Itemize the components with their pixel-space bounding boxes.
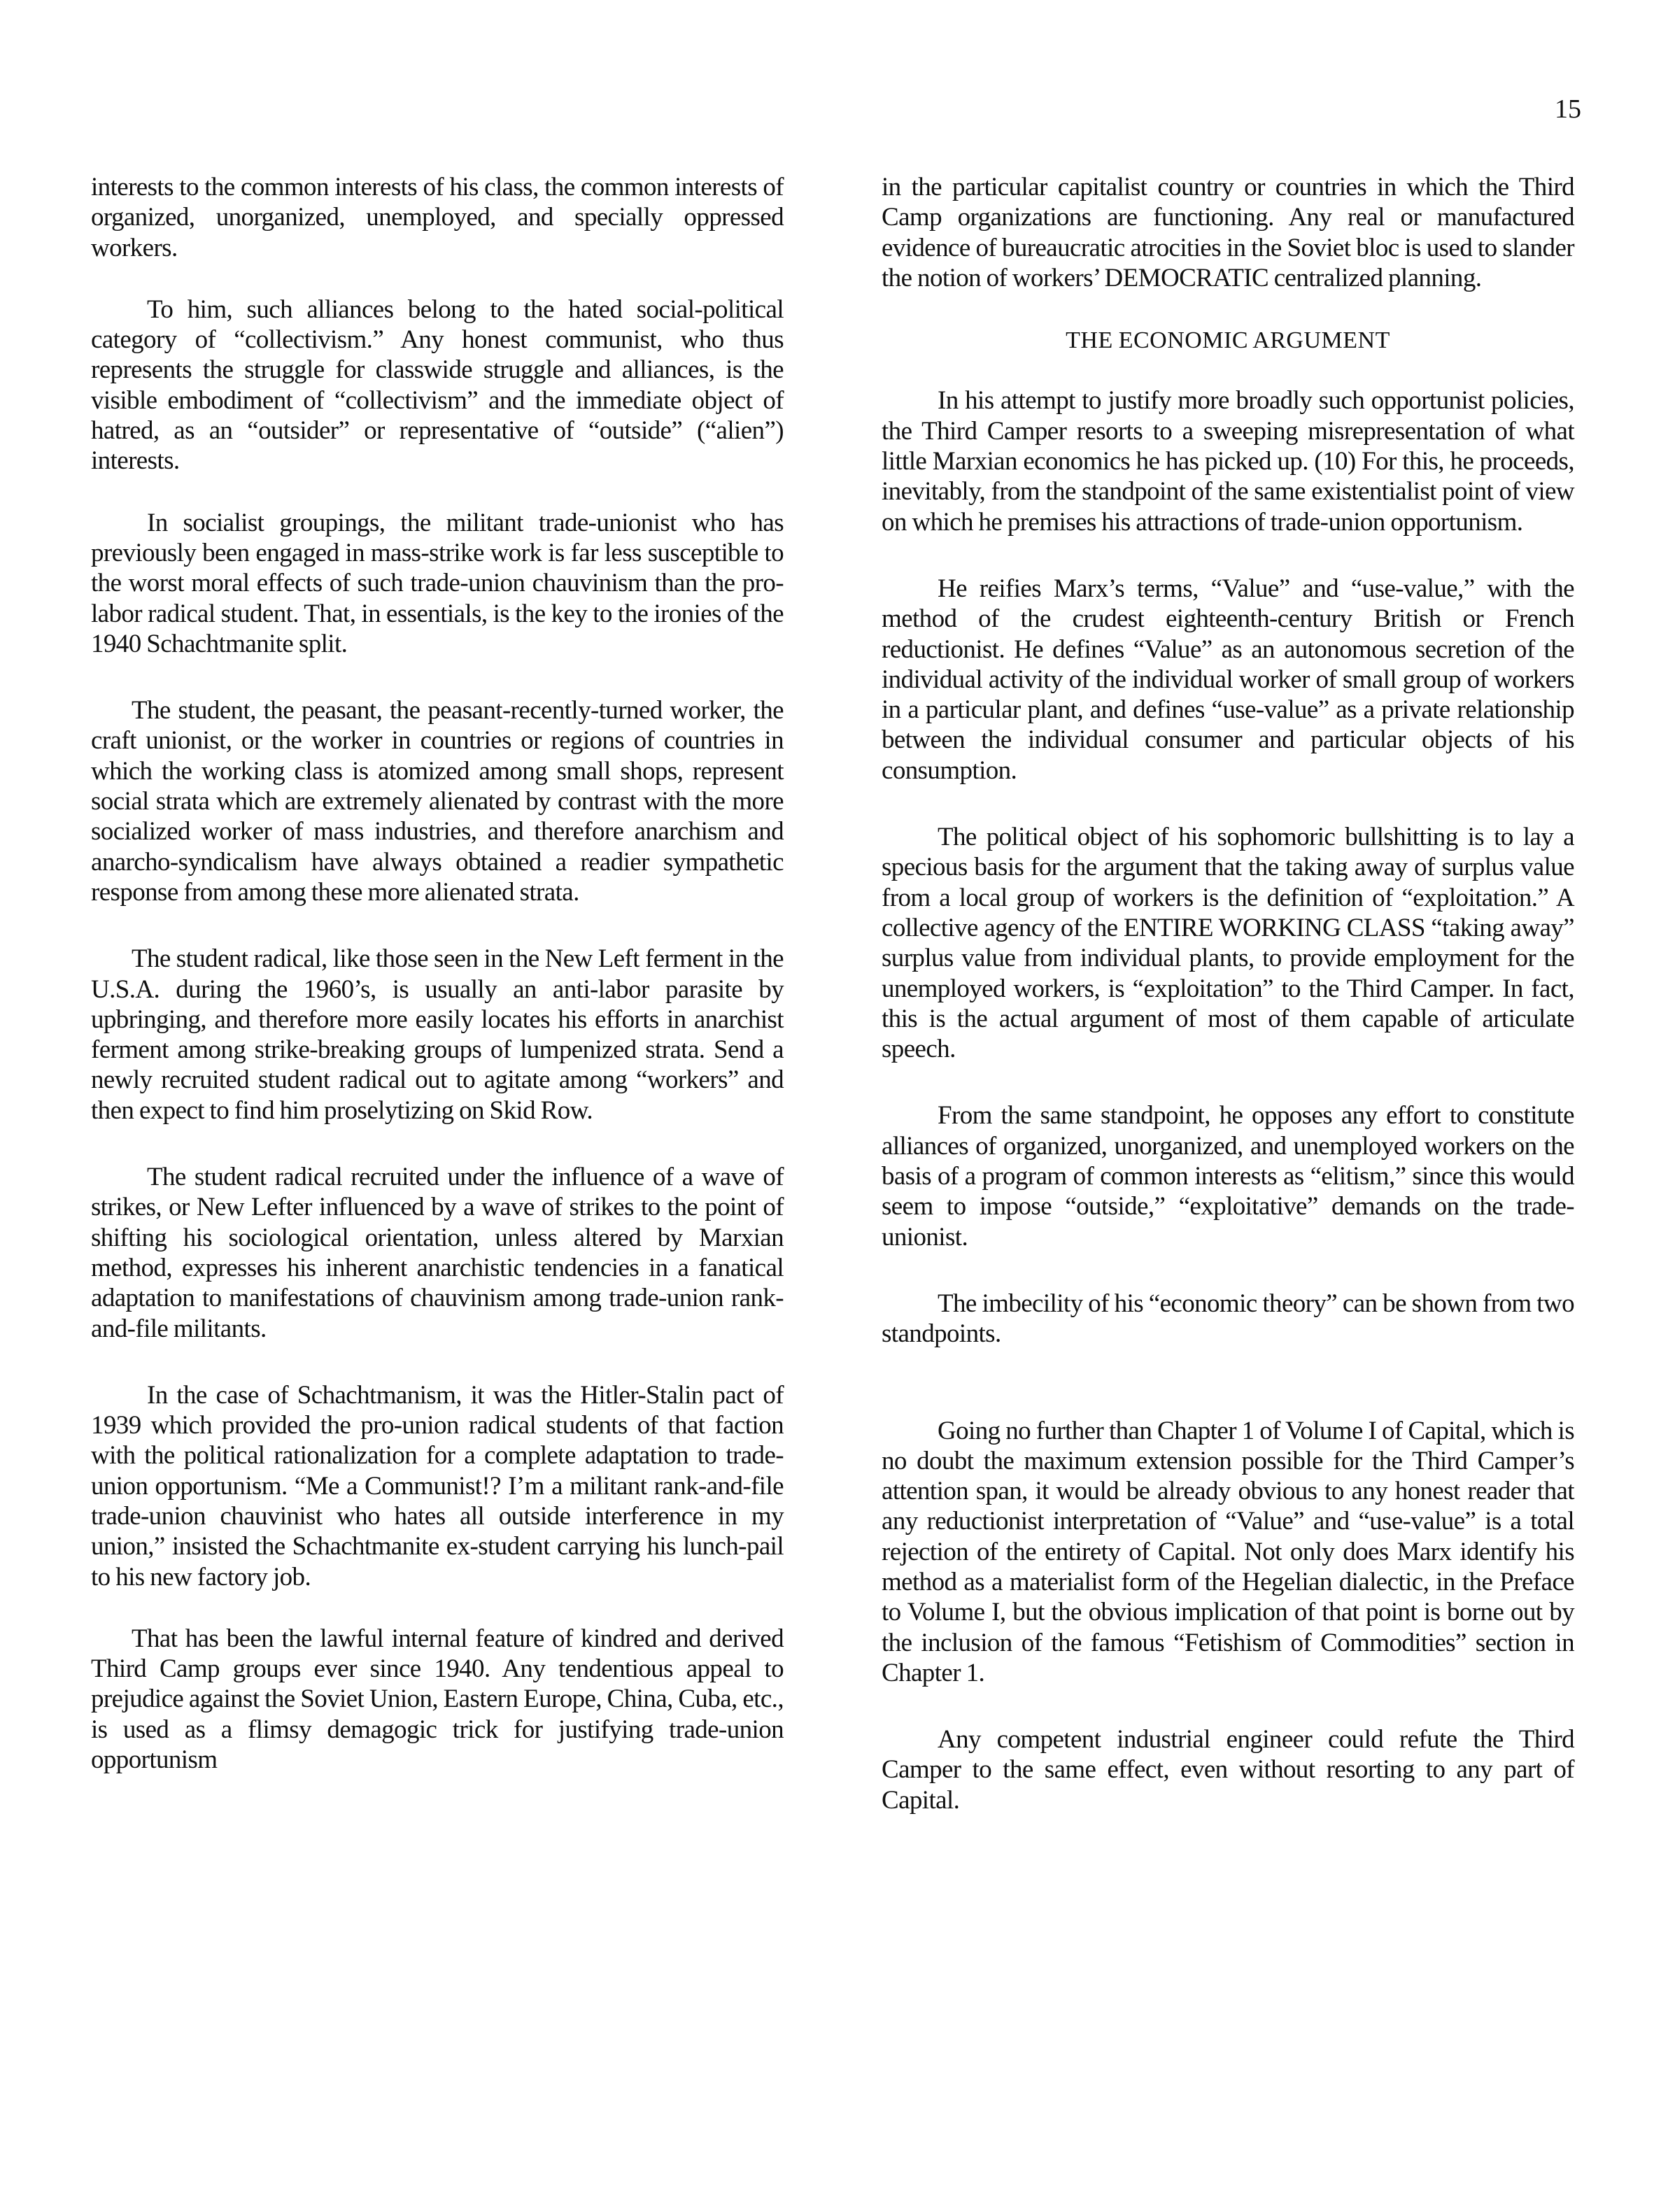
paragraph: That has been the lawful internal featur… bbox=[91, 1624, 784, 1775]
paragraph: Any competent industrial engineer could … bbox=[882, 1724, 1574, 1815]
right-column: in the particular capitalist country or … bbox=[882, 172, 1574, 1815]
paragraph: in the particular capitalist country or … bbox=[882, 172, 1574, 293]
paragraph: The political object of his sophomoric b… bbox=[882, 822, 1574, 1064]
paragraph: The student, the peasant, the peasant-re… bbox=[91, 695, 784, 907]
paragraph: The imbecility of his “economic theory” … bbox=[882, 1289, 1574, 1349]
section-heading: THE ECONOMIC ARGUMENT bbox=[882, 325, 1574, 355]
paragraph: interests to the common interests of his… bbox=[91, 172, 784, 263]
paragraph: From the same standpoint, he opposes any… bbox=[882, 1100, 1574, 1252]
paragraph: In the case of Schachtmanism, it was the… bbox=[91, 1380, 784, 1592]
paragraph: To him, such alliances belong to the hat… bbox=[91, 295, 784, 476]
paragraph: The student radical recruited under the … bbox=[91, 1162, 784, 1344]
left-column: interests to the common interests of his… bbox=[91, 172, 784, 1775]
paragraph: In his attempt to justify more broadly s… bbox=[882, 385, 1574, 537]
paragraph: Going no further than Chapter 1 of Volum… bbox=[882, 1416, 1574, 1689]
paragraph: In socialist groupings, the militant tra… bbox=[91, 508, 784, 659]
paragraph: He reifies Marx’s terms, “Value” and “us… bbox=[882, 574, 1574, 786]
paragraph: The student radical, like those seen in … bbox=[91, 944, 784, 1126]
page-number: 15 bbox=[1555, 92, 1581, 126]
